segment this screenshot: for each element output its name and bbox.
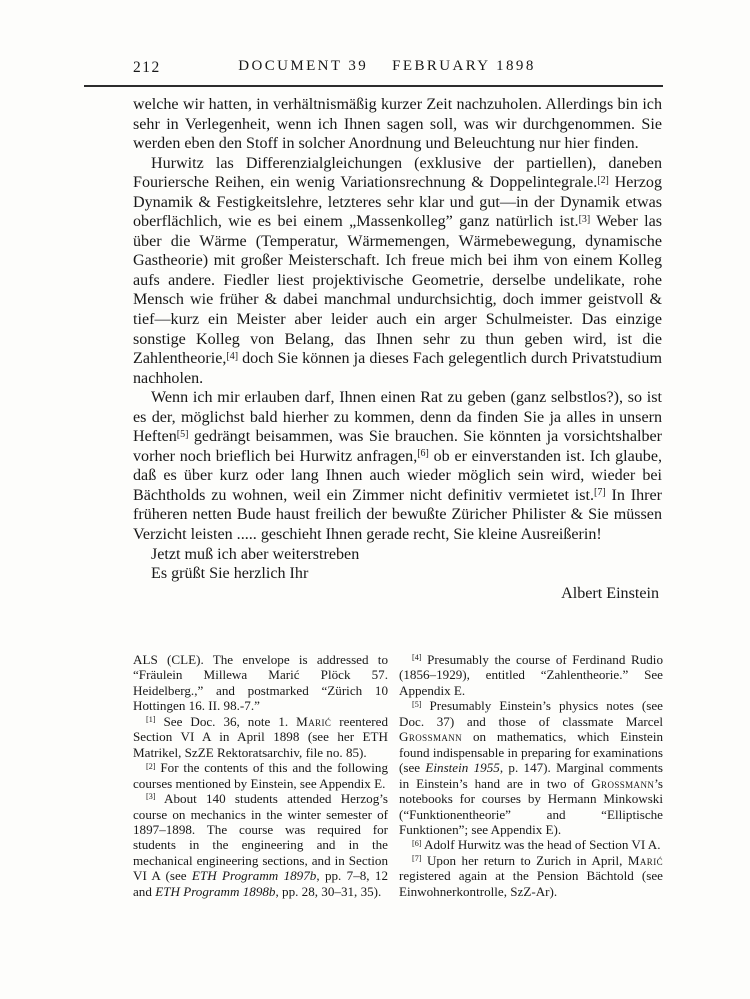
text-segment: Grossmann (399, 729, 462, 744)
running-head-date: FEBRUARY 1898 (392, 58, 536, 74)
text-segment: , pp. 28, 30–31, 35). (275, 884, 381, 899)
text-segment: ETH Programm 1898b (155, 884, 275, 899)
text-segment: Marić (628, 853, 663, 868)
footnote: [5] Presumably Einstein’s physics notes … (399, 698, 663, 837)
text-segment: Presumably the course of Ferdinand Rudio… (399, 652, 663, 698)
footnote-marker: [6] (412, 839, 421, 848)
footnote-marker: [4] (412, 653, 421, 662)
running-head-document: DOCUMENT 39 (238, 58, 368, 74)
footnote: ALS (CLE). The envelope is addressed to … (133, 652, 388, 714)
footnote: [3] About 140 students attended Herzog’s… (133, 791, 388, 899)
text-segment: Grossmann (591, 776, 654, 791)
footnote-reference: [5] (177, 429, 189, 440)
text-segment: See Doc. 36, note 1. (163, 714, 296, 729)
signature: Albert Einstein (133, 584, 662, 604)
footnote-marker: [3] (146, 792, 155, 801)
footnote: [4] Presumably the course of Ferdinand R… (399, 652, 663, 698)
letter-paragraph: Jetzt muß ich aber weiterstreben (133, 545, 662, 565)
running-head: DOCUMENT 39FEBRUARY 1898 (84, 58, 690, 75)
letter-paragraph: welche wir hatten, in verhältnismäßig ku… (133, 95, 662, 154)
footnote: [1] See Doc. 36, note 1. Marić reentered… (133, 714, 388, 760)
text-segment: welche wir hatten, in verhältnismäßig ku… (133, 96, 662, 152)
text-segment: Weber las über die Wärme (Temperatur, Wä… (133, 213, 662, 367)
letter-paragraph: Wenn ich mir erlauben darf, Ihnen einen … (133, 388, 662, 544)
book-page: 212 DOCUMENT 39FEBRUARY 1898 welche wir … (0, 0, 750, 999)
footnote-reference: [2] (597, 175, 609, 186)
footnote: [7] Upon her return to Zurich in April, … (399, 853, 663, 899)
footnote-marker: [5] (412, 700, 421, 709)
text-segment: Presumably Einstein’s physics notes (see… (399, 698, 663, 728)
letter-paragraphs: welche wir hatten, in verhältnismäßig ku… (133, 95, 662, 584)
letter-paragraph: Es grüßt Sie herzlich Ihr (133, 564, 662, 584)
footnote: [2] For the contents of this and the fol… (133, 760, 388, 791)
footnote-reference: [3] (579, 214, 591, 225)
footnote-marker: [1] (146, 715, 155, 724)
text-segment: Adolf Hurwitz was the head of Section VI… (424, 837, 661, 852)
text-segment: ETH Programm 1897b (192, 868, 316, 883)
letter-paragraph: Hurwitz las Differenzialgleichungen (exk… (133, 154, 662, 389)
text-segment: Einstein 1955 (425, 760, 499, 775)
footnotes-right-column: [4] Presumably the course of Ferdinand R… (399, 652, 663, 899)
text-segment: Upon her return to Zurich in April, (427, 853, 628, 868)
text-segment: ALS (CLE). The envelope is addressed to … (133, 652, 388, 713)
text-segment: registered again at the Pension Bächtold… (399, 868, 663, 898)
footnote-reference: [7] (594, 487, 606, 498)
text-segment: For the contents of this and the followi… (133, 760, 388, 790)
letter-body: welche wir hatten, in verhältnismäßig ku… (133, 95, 662, 603)
footnotes-left-column: ALS (CLE). The envelope is addressed to … (133, 652, 388, 899)
header-rule (84, 85, 663, 87)
footnote-reference: [4] (226, 351, 238, 362)
text-segment: Es grüßt Sie herzlich Ihr (151, 565, 308, 582)
footnote-marker: [7] (412, 854, 421, 863)
page-header: 212 DOCUMENT 39FEBRUARY 1898 (84, 58, 690, 80)
footnote: [6] Adolf Hurwitz was the head of Sectio… (399, 837, 663, 852)
text-segment: Hurwitz las Differenzialgleichungen (exk… (133, 155, 662, 192)
footnote-reference: [6] (417, 448, 429, 459)
footnote-marker: [2] (146, 762, 155, 771)
text-segment: Marić (296, 714, 331, 729)
text-segment: Jetzt muß ich aber weiterstreben (151, 546, 359, 563)
footnotes-section: ALS (CLE). The envelope is addressed to … (133, 652, 663, 899)
